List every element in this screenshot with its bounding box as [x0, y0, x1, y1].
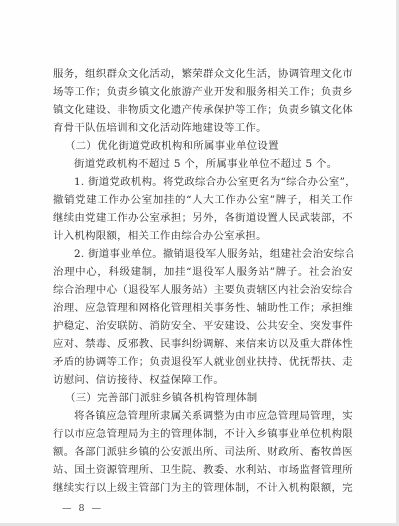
text-line: 矛盾的协调等工作；负责退役军人就业创业扶持、优抚帮扶、走: [53, 353, 353, 371]
text-line: 应对、禁毒、反邪教、民事纠纷调解、来信来访以及重大群体性: [53, 335, 353, 353]
text-line: 撤销党建工作办公室加挂的“人大工作办公室”牌子，相关工作: [53, 191, 353, 209]
text-line: 服务，组织群众文化活动，繁荣群众文化生活，协调管理文化市: [53, 65, 353, 83]
text-line: 站、国土资源管理所、卫生院、教委、水利站、市场监督管理所: [53, 461, 353, 479]
section-heading: （三）完善部门派驻乡镇各机构管理体制: [53, 389, 353, 407]
text-line: 场等工作；负责乡镇文化旅游产业开发和服务相关工作；负责乡: [53, 83, 353, 101]
text-line: 访慰问、信访接待、权益保障工作。: [53, 371, 353, 389]
document-page: 服务，组织群众文化活动，繁荣群众文化生活，协调管理文化市 场等工作；负责乡镇文化…: [0, 0, 396, 523]
text-line: 将各镇应急管理所隶属关系调整为由市应急管理局管理，实: [53, 407, 353, 425]
page-number: — 8 —: [62, 503, 103, 514]
text-line: 镇文化建设、非物质文化遗产传承保护等工作；负责乡镇文化体: [53, 101, 353, 119]
text-line: 育骨干队伍培训和文化活动阵地建设等工作。: [53, 119, 353, 137]
section-heading: （二）优化街道党政机构和所属事业单位设置: [53, 137, 353, 155]
text-line: 1. 街道党政机构。将党政综合办公室更名为“综合办公室”，: [53, 173, 353, 191]
text-line: 行以市应急管理局为主的管理体制，不计入乡镇事业单位机构限: [53, 425, 353, 443]
text-line: 计入机构限额，相关工作由综合办公室承担。: [53, 227, 353, 245]
text-line: 治理、应急管理和网格化管理相关事务性、辅助性工作；承担维: [53, 299, 353, 317]
text-line: 治理中心，科级建制，加挂“退役军人服务站”牌子。社会治安: [53, 263, 353, 281]
text-line: 护稳定、治安联防、消防安全、平安建设、公共安全、突发事件: [53, 317, 353, 335]
text-line: 街道党政机构不超过 5 个，所属事业单位不超过 5 个。: [53, 155, 353, 173]
text-line: 继续由党建工作办公室承担；另外，各街道设置人民武装部，不: [53, 209, 353, 227]
text-line: 额。各部门派驻乡镇的公安派出所、司法所、财政所、畜牧兽医: [53, 443, 353, 461]
text-line: 2. 街道事业单位。撤销退役军人服务站，组建社会治安综合: [53, 245, 353, 263]
text-line: 综合治理中心（退役军人服务站）主要负责辖区内社会治安综合: [53, 281, 353, 299]
text-line: 继续实行以上级主管部门为主的管理体制，不计入机构限额，完: [53, 479, 353, 497]
document-body: 服务，组织群众文化活动，繁荣群众文化生活，协调管理文化市 场等工作；负责乡镇文化…: [53, 65, 353, 497]
